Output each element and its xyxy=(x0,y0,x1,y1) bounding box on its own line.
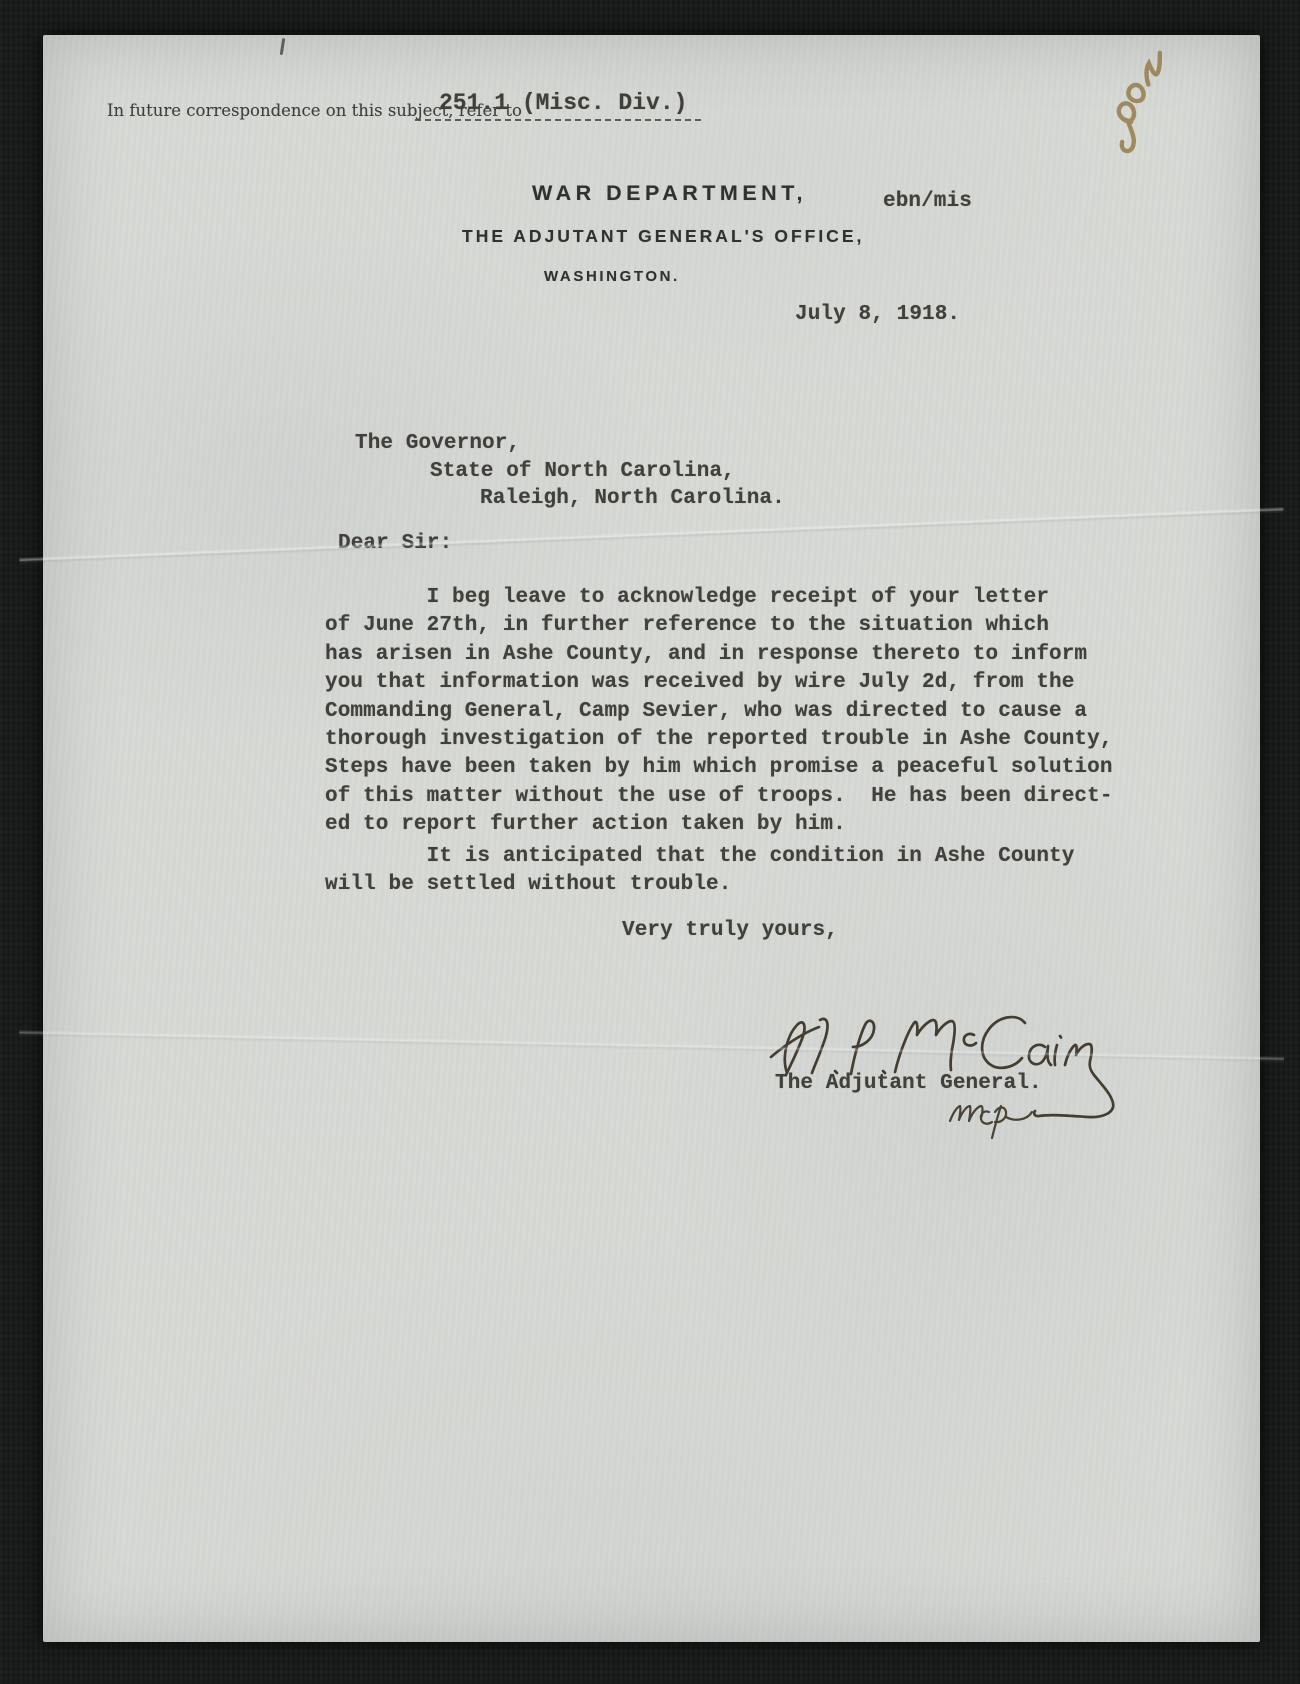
clerk-initials: ebn/mis xyxy=(883,190,972,213)
salutation: Dear Sir: xyxy=(338,532,452,555)
handwritten-annotation-top-right xyxy=(1081,41,1217,157)
body-paragraph-1: I beg leave to acknowledge receipt of yo… xyxy=(325,584,1113,840)
scanned-letter-screenshot: { "colors": { "background_mat": "#191b1a… xyxy=(0,0,1300,1684)
signature-clerk-initials-mcp xyxy=(950,1106,1032,1138)
letterhead-adjutant-generals-office: THE ADJUTANT GENERAL'S OFFICE, xyxy=(462,226,864,247)
body-line: will be settled without trouble. xyxy=(325,871,1074,899)
body-line: Steps have been taken by him which promi… xyxy=(325,754,1113,782)
reference-number: 251.1 (Misc. Div.) xyxy=(415,90,701,121)
body-line: of June 27th, in further reference to th… xyxy=(325,612,1113,640)
body-paragraph-2: It is anticipated that the condition in … xyxy=(325,843,1074,900)
recipient-line-3: Raleigh, North Carolina. xyxy=(480,487,785,510)
body-line: thorough investigation of the reported t… xyxy=(325,726,1113,754)
body-line: has arisen in Ashe County, and in respon… xyxy=(325,641,1113,669)
body-line: you that information was received by wir… xyxy=(325,669,1113,697)
fold-crease-upper xyxy=(19,507,1283,565)
letterhead-war-department: WAR DEPARTMENT, xyxy=(532,181,807,206)
recipient-line-2: State of North Carolina, xyxy=(430,460,735,483)
body-line: of this matter without the use of troops… xyxy=(325,783,1113,811)
recipient-line-1: The Governor, xyxy=(355,432,520,455)
letter-date: July 8, 1918. xyxy=(795,303,960,326)
body-line: I beg leave to acknowledge receipt of yo… xyxy=(325,584,1113,612)
body-line: Commanding General, Camp Sevier, who was… xyxy=(325,698,1113,726)
body-line: It is anticipated that the condition in … xyxy=(325,843,1074,871)
signature-title: The Adjutant General. xyxy=(775,1072,1042,1095)
letter-page: In future correspondence on this subject… xyxy=(43,35,1260,1642)
closing-valediction: Very truly yours, xyxy=(622,919,838,942)
stray-ink-mark xyxy=(280,38,285,55)
body-line: ed to report further action taken by him… xyxy=(325,811,1113,839)
letterhead-washington: WASHINGTON. xyxy=(544,268,680,285)
